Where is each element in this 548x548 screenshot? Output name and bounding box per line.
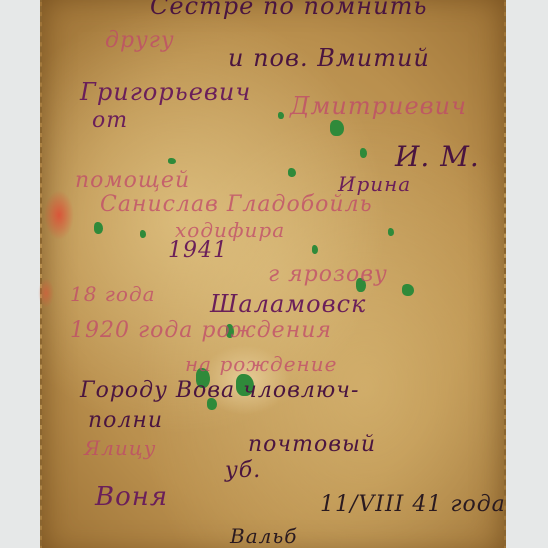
green-spot [312,245,318,254]
green-spot [388,228,394,236]
handwriting-line: на рождение [185,352,337,376]
handwriting-line: и пов. Вмитий [228,44,430,72]
handwriting-line: уб. [225,458,261,483]
handwriting-line: от [92,108,128,133]
green-spot [278,112,284,119]
green-spot [140,230,146,238]
handwriting-line: 18 года [70,282,156,306]
green-spot [288,168,296,177]
red-stain [44,190,74,240]
handwriting-line: 1941 [168,238,228,263]
green-spot [94,222,103,234]
handwriting-line: 11/VIII 41 года [320,492,506,517]
handwriting-line: Вальб [230,524,297,548]
handwriting-line: Воня [95,482,168,512]
handwriting-line: помощей [75,168,190,193]
handwriting-line: Дмитриевич [290,92,467,120]
handwriting-line: почтовый [248,432,376,457]
green-spot [402,284,414,296]
handwriting-line: Ялицу [84,436,156,460]
handwriting-line: Санислав Гладобойль [100,192,373,217]
handwriting-line: другу [105,28,175,53]
handwriting-line: Григорьевич [80,78,251,106]
handwriting-line: Сестре по помнить [150,0,427,20]
handwriting-line: Шаламовск [210,290,366,318]
handwriting-line: Городу Вова чловлюч- [80,378,359,403]
handwriting-line: 1920 года рождения [70,318,332,343]
green-spot [360,148,367,158]
handwriting-line: полни [88,408,163,433]
red-stain-small [38,278,54,308]
handwriting-line: И. М. [395,140,480,173]
green-spot [330,120,344,136]
handwriting-line: г ярозову [268,262,388,287]
green-spot [168,158,176,164]
